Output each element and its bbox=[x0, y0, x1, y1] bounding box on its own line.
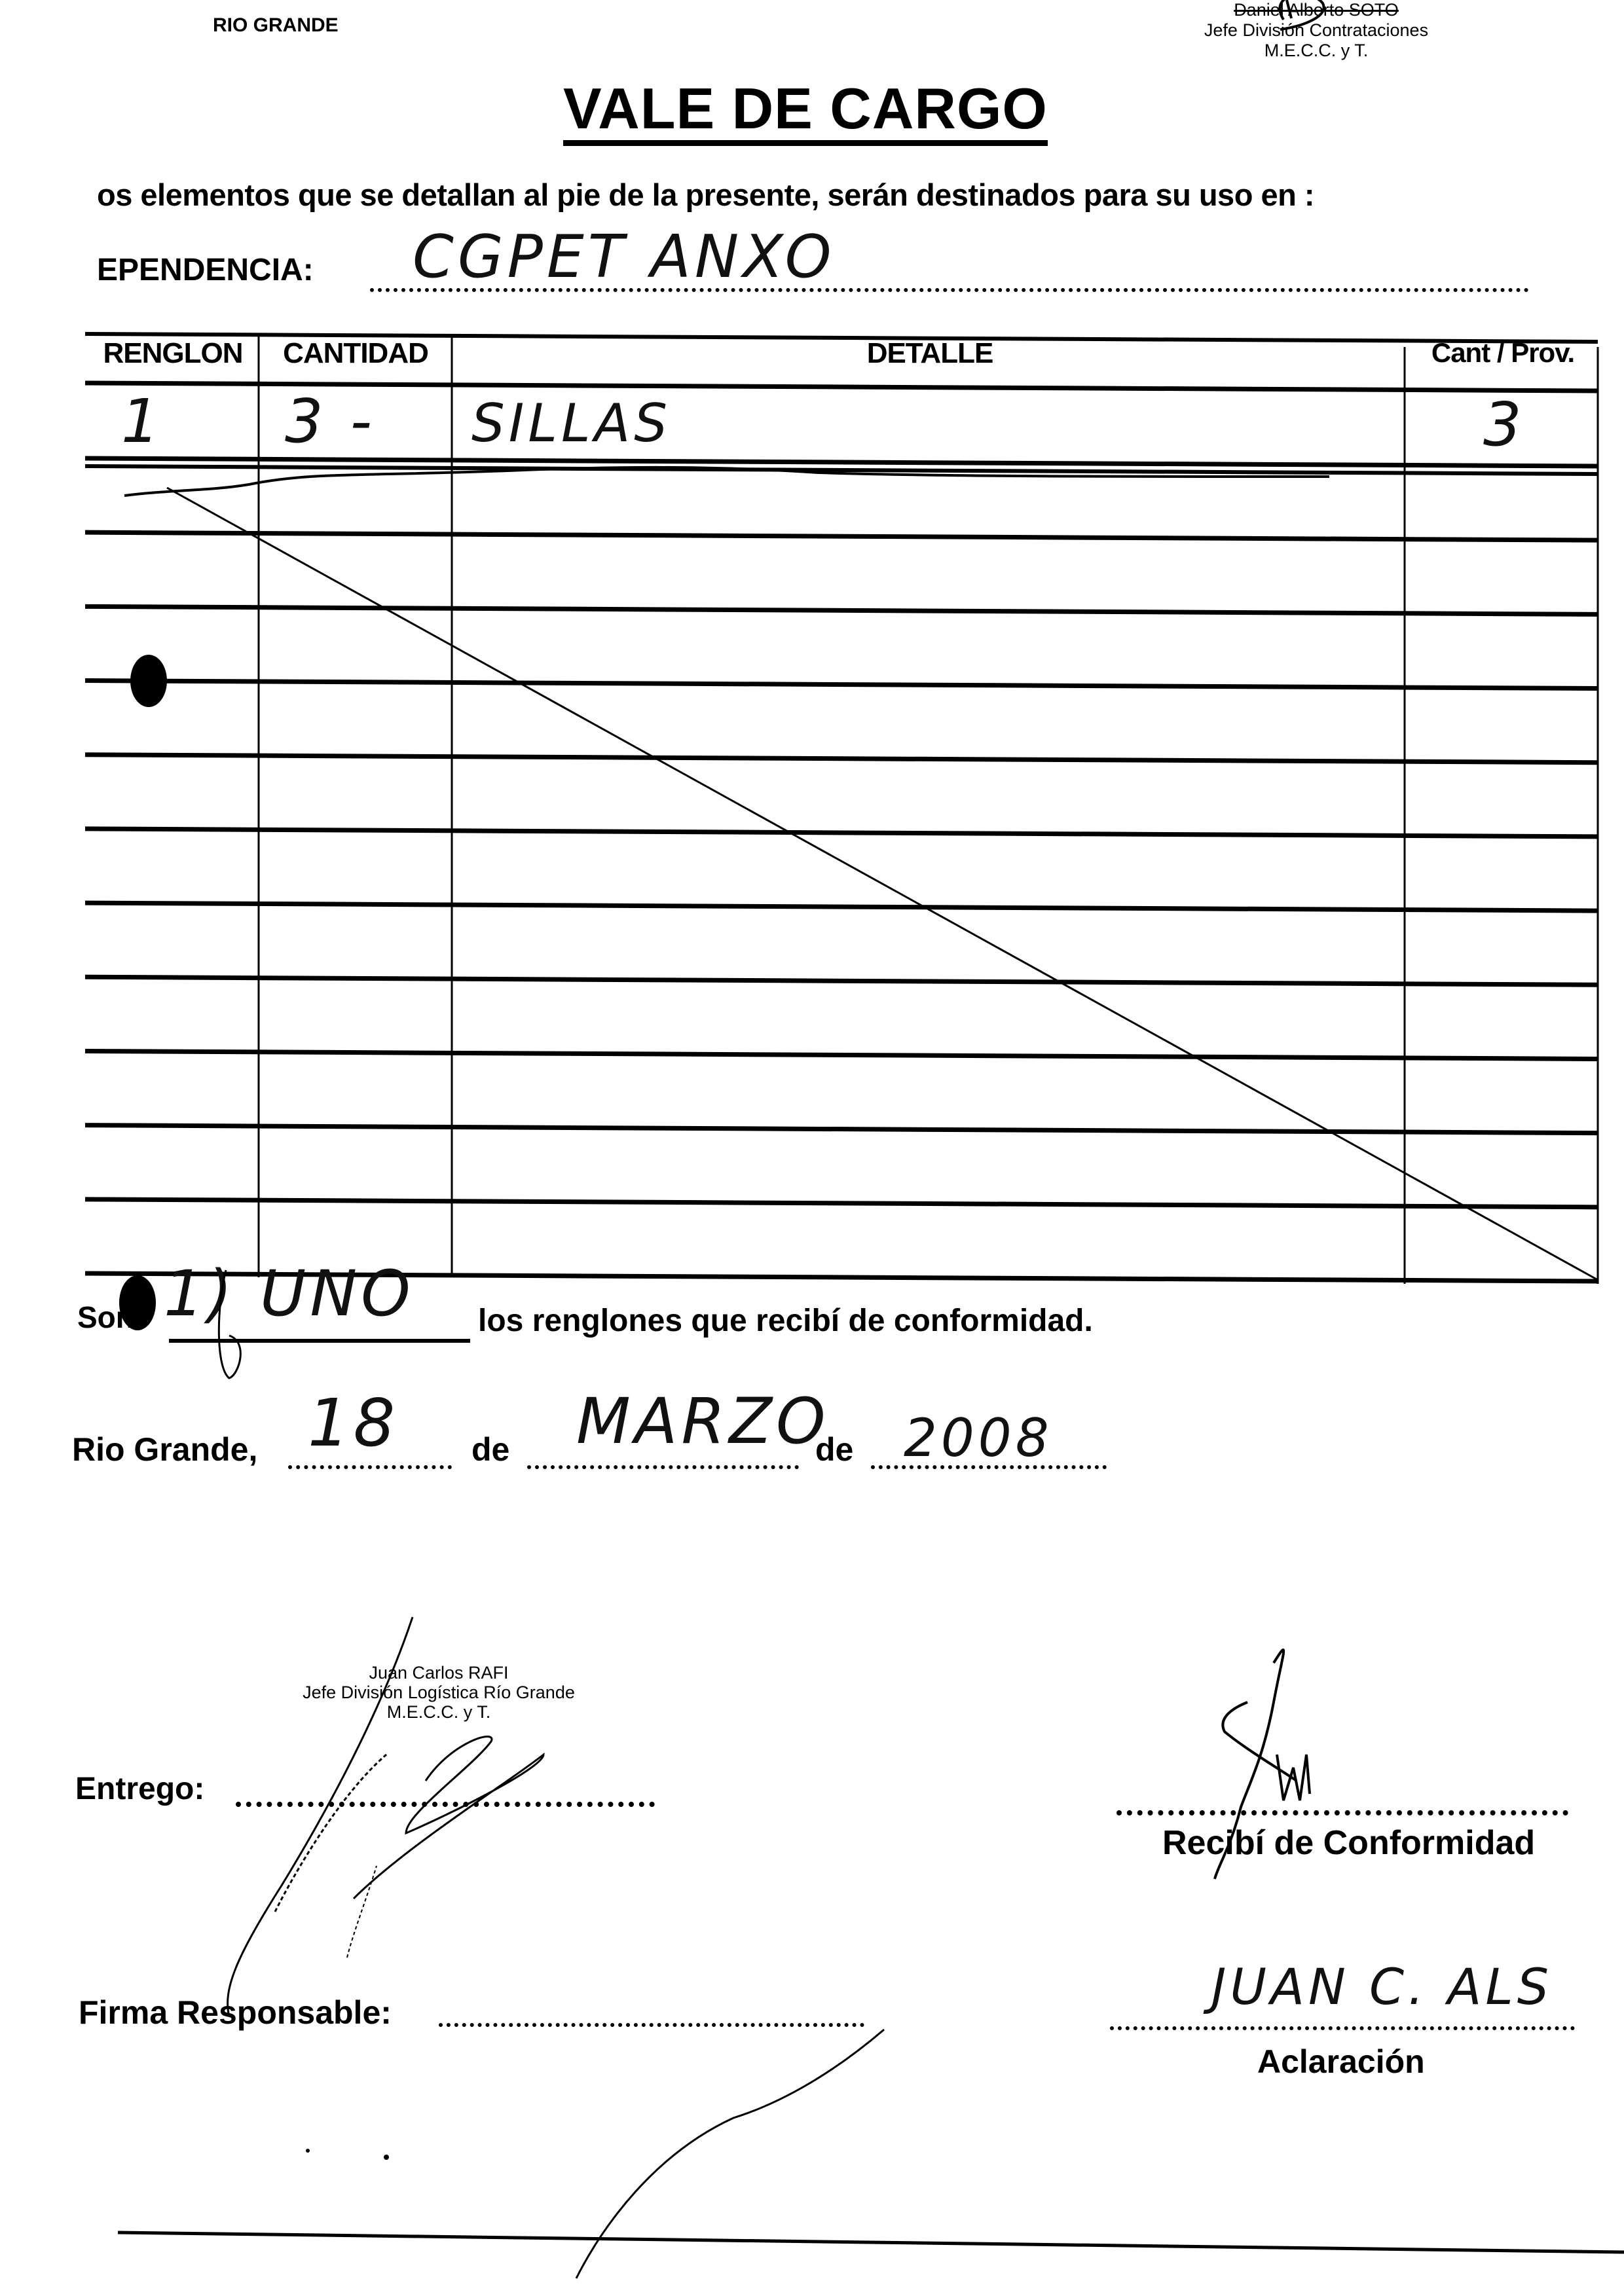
date-month[interactable]: MARZO bbox=[576, 1385, 830, 1458]
cell-renglon[interactable]: 1 bbox=[121, 386, 164, 456]
date-connector: de bbox=[815, 1430, 853, 1468]
logistica-stamp: Juan Carlos RAFI Jefe División Logística… bbox=[282, 1663, 596, 1722]
date-day-line bbox=[288, 1465, 452, 1469]
header-renglon: RENGLON bbox=[88, 337, 257, 370]
date-connector: de bbox=[471, 1430, 509, 1468]
header-cant-prov: Cant / Prov. bbox=[1408, 337, 1598, 369]
date-month-line bbox=[527, 1465, 799, 1469]
stamp-org: M.E.C.C. y T. bbox=[282, 1702, 596, 1722]
cell-detalle[interactable]: SILLAS bbox=[471, 393, 671, 454]
header-detalle: DETALLE bbox=[455, 337, 1405, 370]
aclaracion-label: Aclaración bbox=[1257, 2043, 1425, 2081]
firma-responsable-line[interactable] bbox=[439, 2023, 864, 2027]
entrego-label: Entrego: bbox=[75, 1771, 204, 1807]
cell-cantidad[interactable]: 3 - bbox=[285, 386, 376, 456]
date-year[interactable]: 2008 bbox=[904, 1408, 1053, 1468]
stamp-name: Juan Carlos RAFI bbox=[282, 1663, 596, 1683]
recibi-signature-line[interactable] bbox=[1116, 1810, 1568, 1815]
date-day[interactable]: 18 bbox=[308, 1385, 399, 1461]
header-cantidad: CANTIDAD bbox=[261, 337, 451, 370]
son-field-line bbox=[169, 1339, 470, 1343]
date-city: Rio Grande, bbox=[72, 1430, 257, 1468]
firma-responsable-label: Firma Responsable: bbox=[79, 1994, 392, 2032]
entrego-signature-line[interactable] bbox=[236, 1802, 655, 1807]
son-text: los renglones que recibí de conformidad. bbox=[478, 1303, 1093, 1339]
recibi-label: Recibí de Conformidad bbox=[1162, 1823, 1535, 1863]
aclaracion-line[interactable] bbox=[1110, 2026, 1575, 2030]
son-label: Son bbox=[77, 1300, 134, 1335]
stamp-position: Jefe División Logística Río Grande bbox=[282, 1683, 596, 1702]
aclaracion-value[interactable]: JUAN C. ALS bbox=[1211, 1958, 1553, 2016]
cell-cant-prov[interactable]: 3 bbox=[1483, 390, 1526, 460]
son-value[interactable]: 1) UNO bbox=[164, 1257, 415, 1330]
